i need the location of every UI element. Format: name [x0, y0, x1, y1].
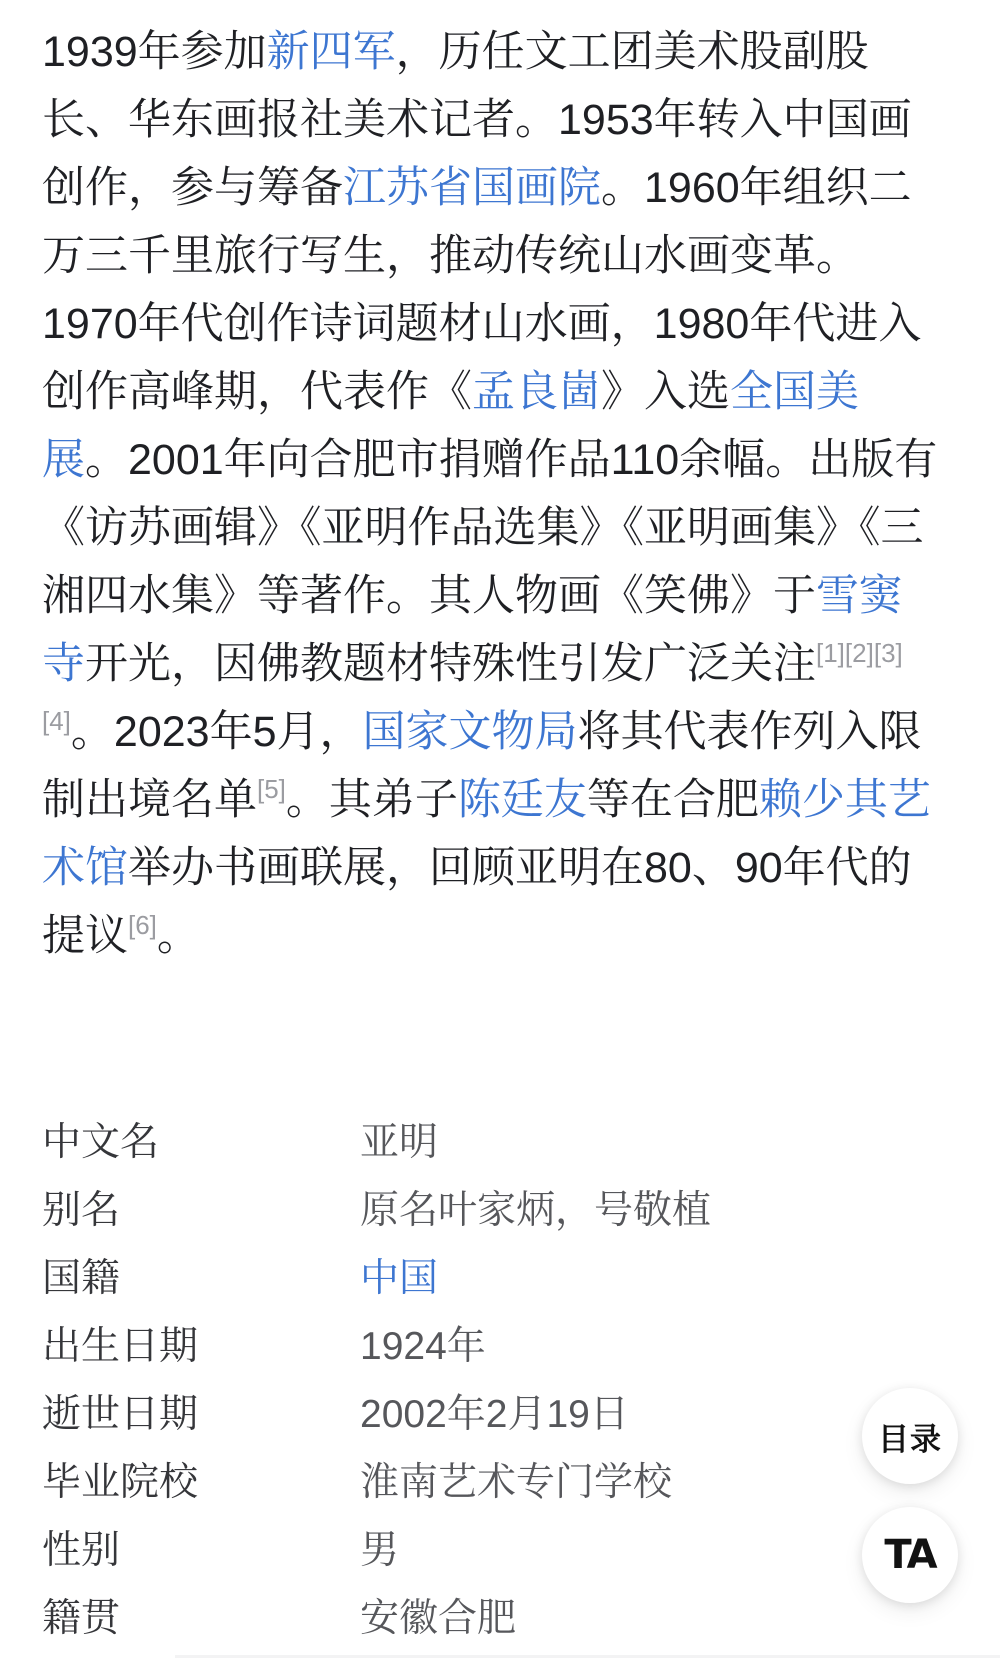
info-row-label: 毕业院校 [42, 1449, 360, 1517]
ta-logo-icon: TA [884, 1532, 935, 1578]
inline-link[interactable]: 陈廷友 [458, 776, 587, 824]
article-line: 展。2001年向合肥市捐赠作品110余幅。出版有 [42, 426, 1000, 494]
reference-citation[interactable]: [4] [42, 706, 71, 736]
info-row: 籍贯安徽合肥 [42, 1585, 1000, 1653]
info-row-value: 2002年2月19日 [360, 1381, 629, 1449]
info-row-value: 男 [360, 1517, 399, 1585]
inline-link[interactable]: 展 [42, 436, 85, 484]
info-row: 性别男 [42, 1517, 1000, 1585]
text-run: 。2023年5月， [71, 708, 363, 756]
text-run: 长、华东画报社美术记者。1953年转入中国画 [42, 96, 912, 144]
info-row: 毕业院校淮南艺术专门学校 [42, 1449, 1000, 1517]
text-run: 。1960年组织二 [601, 164, 912, 212]
toc-button-label: 目录 [878, 1414, 942, 1459]
info-row-label: 出生日期 [42, 1313, 360, 1381]
info-row-value-link[interactable]: 中国 [360, 1245, 438, 1313]
info-row: 别名原名叶家炳，号敬植 [42, 1177, 1000, 1245]
reference-citation[interactable]: [2] [845, 638, 874, 668]
text-run: 1939年参加 [42, 28, 267, 76]
text-run: 》入选 [601, 368, 730, 416]
text-run: 将其代表作列入限 [578, 708, 922, 756]
ta-button[interactable]: TA [862, 1507, 958, 1603]
info-row-value: 1924年 [360, 1313, 486, 1381]
inline-link[interactable]: 国家文物局 [363, 708, 578, 756]
article-line: [4]。2023年5月，国家文物局将其代表作列入限 [42, 698, 1000, 766]
text-run: 开光，因佛教题材特殊性引发广泛关注 [85, 640, 816, 688]
article-line: 1939年参加新四军，历任文工团美术股副股 [42, 18, 1000, 86]
article-line: 1970年代创作诗词题材山水画，1980年代进入 [42, 290, 1000, 358]
text-run: 制出境名单 [42, 776, 257, 824]
article-line: 《访苏画辑》《亚明作品选集》《亚明画集》《三 [42, 494, 1000, 562]
info-row: 国籍中国 [42, 1245, 1000, 1313]
reference-citation[interactable]: [1] [816, 638, 845, 668]
info-row-label: 籍贯 [42, 1585, 360, 1653]
text-run: 《访苏画辑》《亚明作品选集》《亚明画集》《三 [42, 504, 924, 552]
info-row: 出生日期1924年 [42, 1313, 1000, 1381]
article-line: 万三千里旅行写生，推动传统山水画变革。 [42, 222, 1000, 290]
inline-link[interactable]: 全国美 [730, 368, 859, 416]
text-run: 举办书画联展，回顾亚明在80、90年代的 [128, 844, 912, 892]
info-row-value: 原名叶家炳，号敬植 [360, 1177, 711, 1245]
toc-button[interactable]: 目录 [862, 1388, 958, 1484]
text-run: 万三千里旅行写生，推动传统山水画变革。 [42, 232, 859, 280]
text-run: 。其弟子 [286, 776, 458, 824]
text-run: ，历任文工团美术股副股 [396, 28, 869, 76]
text-run: 提议 [42, 912, 128, 960]
inline-link[interactable]: 孟良崮 [472, 368, 601, 416]
article-line: 制出境名单[5]。其弟子陈廷友等在合肥赖少其艺 [42, 766, 1000, 834]
info-row-label: 中文名 [42, 1109, 360, 1177]
inline-link[interactable]: 术馆 [42, 844, 128, 892]
info-row-label: 国籍 [42, 1245, 360, 1313]
text-run: 创作高峰期，代表作《 [42, 368, 472, 416]
article-line: 创作高峰期，代表作《孟良崮》入选全国美 [42, 358, 1000, 426]
inline-link[interactable]: 寺 [42, 640, 85, 688]
info-row: 逝世日期2002年2月19日 [42, 1381, 1000, 1449]
text-run: 1970年代创作诗词题材山水画，1980年代进入 [42, 300, 921, 348]
reference-citation[interactable]: [3] [874, 638, 903, 668]
reference-citation[interactable]: [6] [128, 910, 157, 940]
info-row-value: 淮南艺术专门学校 [360, 1449, 672, 1517]
inline-link[interactable]: 赖少其艺 [759, 776, 931, 824]
text-run: 。 [157, 912, 200, 960]
article-line: 创作，参与筹备江苏省国画院。1960年组织二 [42, 154, 1000, 222]
article-line: 提议[6]。 [42, 902, 1000, 970]
info-row-label: 性别 [42, 1517, 360, 1585]
inline-link[interactable]: 新四军 [267, 28, 396, 76]
inline-link[interactable]: 江苏省国画院 [343, 164, 601, 212]
info-row-value: 亚明 [360, 1109, 438, 1177]
article-line: 长、华东画报社美术记者。1953年转入中国画 [42, 86, 1000, 154]
info-row-label: 逝世日期 [42, 1381, 360, 1449]
article-line: 寺开光，因佛教题材特殊性引发广泛关注[1][2][3] [42, 630, 1000, 698]
article-line: 湘四水集》等著作。其人物画《笑佛》于雪窦 [42, 562, 1000, 630]
text-run: 等在合肥 [587, 776, 759, 824]
info-row: 中文名亚明 [42, 1109, 1000, 1177]
article-line: 术馆举办书画联展，回顾亚明在80、90年代的 [42, 834, 1000, 902]
info-row-value: 安徽合肥 [360, 1585, 516, 1653]
baike-article-page: 1939年参加新四军，历任文工团美术股副股长、华东画报社美术记者。1953年转入… [0, 0, 1000, 1658]
inline-link[interactable]: 雪窦 [816, 572, 902, 620]
basic-info-table: 中文名亚明别名原名叶家炳，号敬植国籍中国出生日期1924年逝世日期2002年2月… [42, 1109, 1000, 1653]
article-paragraph: 1939年参加新四军，历任文工团美术股副股长、华东画报社美术记者。1953年转入… [42, 18, 1000, 970]
text-run: 。2001年向合肥市捐赠作品110余幅。出版有 [85, 436, 937, 484]
info-row-label: 别名 [42, 1177, 360, 1245]
text-run: 创作，参与筹备 [42, 164, 343, 212]
reference-citation[interactable]: [5] [257, 774, 286, 804]
text-run: 湘四水集》等著作。其人物画《笑佛》于 [42, 572, 816, 620]
